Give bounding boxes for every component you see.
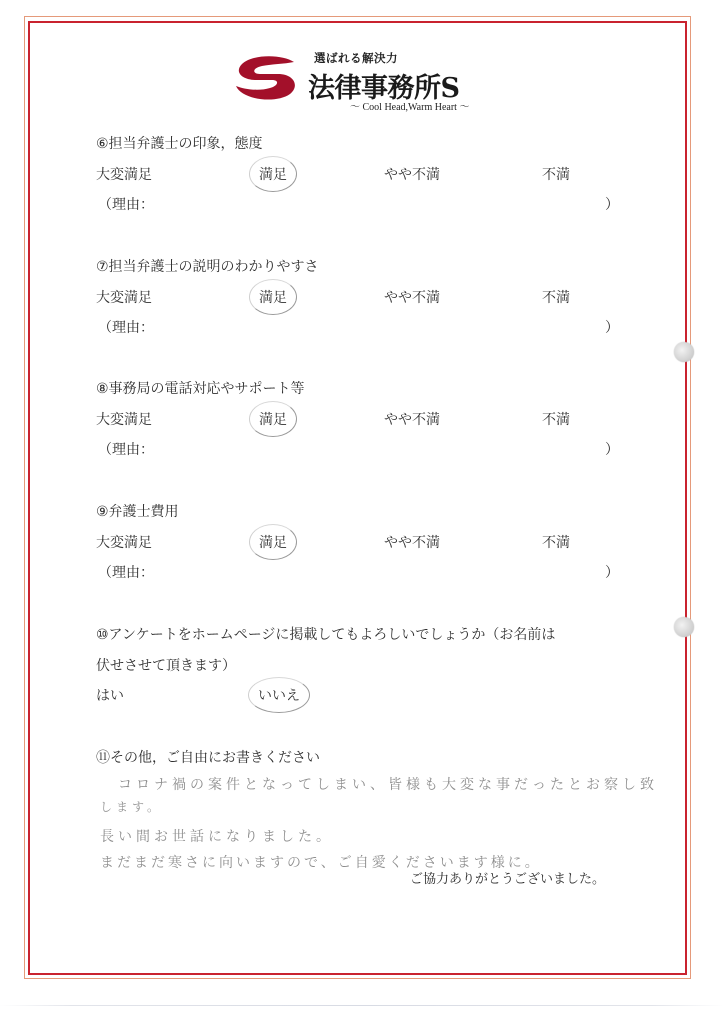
option-satisfied-selected[interactable]: 満足 [259,409,287,429]
reason-label: （理由： [98,194,154,214]
option-dissatisfied[interactable]: 不満 [542,409,570,429]
option-dissatisfied[interactable]: 不満 [542,532,570,552]
handwritten-comment-line: 長い間お世話になりました。 [100,826,334,846]
binder-hole-icon [674,617,694,637]
firm-tagline: 選ばれる解決力 [314,50,398,66]
question-title: ⑧事務局の電話対応やサポート等 [96,378,305,398]
option-somewhat-dissatisfied[interactable]: やや不満 [384,409,440,429]
handwritten-comment-line: します。 [100,798,163,815]
option-very-satisfied[interactable]: 大変満足 [96,532,152,552]
option-no-selected[interactable]: いいえ [258,685,300,705]
scan-artifact-line [0,1005,724,1006]
option-satisfied-selected[interactable]: 満足 [259,164,287,184]
question-title: ⑥担当弁護士の印象，態度 [96,133,263,153]
option-very-satisfied[interactable]: 大変満足 [96,287,152,307]
reason-close-paren: ） [605,562,619,582]
reason-close-paren: ） [605,194,619,214]
handwritten-comment-line: コロナ禍の案件となってしまい、皆様も大変な事だったとお察し致 [118,774,658,794]
option-dissatisfied[interactable]: 不満 [542,287,570,307]
reason-close-paren: ） [605,439,619,459]
option-somewhat-dissatisfied[interactable]: やや不満 [384,164,440,184]
firm-s-logo-icon [232,56,300,102]
reason-label: （理由： [98,439,154,459]
option-dissatisfied[interactable]: 不満 [542,164,570,184]
reason-label: （理由： [98,562,154,582]
option-satisfied-selected[interactable]: 満足 [259,532,287,552]
question-title: ⑪その他，ご自由にお書きください [96,747,320,767]
firm-logo: 選ばれる解決力 法律事務所S ～ Cool Head,Warm Heart ～ [232,50,492,114]
option-somewhat-dissatisfied[interactable]: やや不満 [384,532,440,552]
firm-subtitle: ～ Cool Head,Warm Heart ～ [350,98,469,113]
binder-hole-icon [674,342,694,362]
question-title: ⑨弁護士費用 [96,501,179,521]
option-yes[interactable]: はい [96,685,124,705]
reason-label: （理由： [98,317,154,337]
closing-thanks: ご協力ありがとうございました。 [410,868,605,887]
question-title-line1: ⑩アンケートをホームページに掲載してもよろしいでしょうか（お名前は [96,624,555,644]
reason-close-paren: ） [605,317,619,337]
option-very-satisfied[interactable]: 大変満足 [96,164,152,184]
option-satisfied-selected[interactable]: 満足 [259,287,287,307]
option-very-satisfied[interactable]: 大変満足 [96,409,152,429]
option-somewhat-dissatisfied[interactable]: やや不満 [384,287,440,307]
question-title-line2: 伏せさせて頂きます） [96,655,236,675]
question-title: ⑦担当弁護士の説明のわかりやすさ [96,256,319,276]
